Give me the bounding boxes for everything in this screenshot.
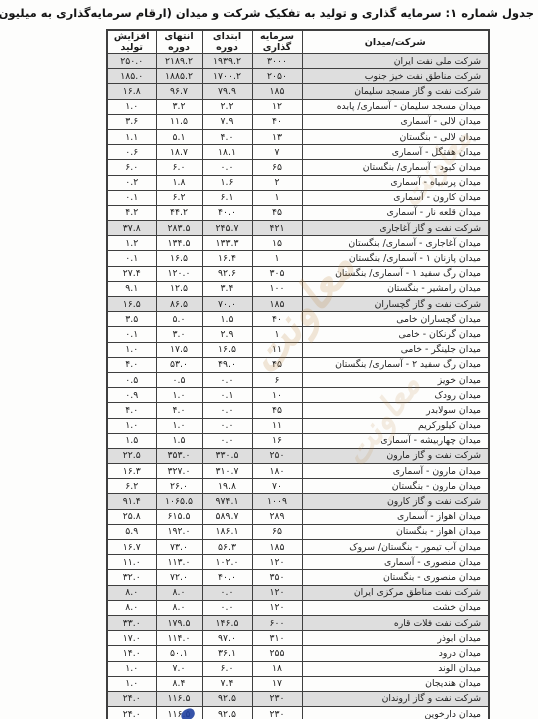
period-start-cell: ۱۶.۴	[202, 251, 252, 266]
period-start-cell: ۱۴۶.۵	[202, 615, 252, 630]
field-row: میدان کارون - آسماری۱۶.۱۶.۲۰.۱	[107, 190, 489, 205]
name-cell: میدان اهواز - بنگستان	[302, 524, 489, 539]
investment-cell: ۱۰۰۹	[252, 494, 302, 509]
period-start-cell: ۹۲.۵	[202, 691, 252, 706]
period-end-cell: ۳۲۷.۰	[156, 464, 202, 479]
name-cell: میدان درود	[302, 646, 489, 661]
name-cell: میدان کیلورکریم	[302, 418, 489, 433]
company-row: شرکت نفت و گاز اروندان۲۳۰۹۲.۵۱۱۶.۵۲۴.۰	[107, 691, 489, 706]
field-row: میدان پازنان ۱ - آسماری/ بنگستان۱۱۶.۴۱۶.…	[107, 251, 489, 266]
name-cell: میدان الوند	[302, 661, 489, 676]
company-row: شرکت نفت و گاز کارون۱۰۰۹۹۷۴.۱۱۰۶۵.۵۹۱.۴	[107, 494, 489, 509]
period-end-cell: ۱۲.۵	[156, 281, 202, 296]
period-end-cell: ۶۱۵.۵	[156, 509, 202, 524]
production-increase-cell: ۲۴.۰	[107, 707, 156, 719]
investment-cell: ۱۸۵	[252, 540, 302, 555]
period-end-cell: ۲۶.۰	[156, 479, 202, 494]
production-increase-cell: ۱.۰	[107, 99, 156, 114]
period-start-cell: ۱۹.۸	[202, 479, 252, 494]
table-header-row: شرکت/میدان سرمایه گذاری ابتدای دوره انته…	[107, 30, 489, 54]
name-cell: شرکت نفت و گاز مسجد سلیمان	[302, 84, 489, 99]
company-row: شرکت نفت و گاز آغاجاری۴۲۱۲۴۵.۷۲۸۳.۵۳۷.۸	[107, 221, 489, 236]
period-start-cell: ۳.۴	[202, 281, 252, 296]
name-cell: میدان ابوذر	[302, 631, 489, 646]
company-row: شرکت نفت و گاز مارون۲۵۰۳۳۰.۵۳۵۳.۰۲۲.۵	[107, 448, 489, 463]
investment-production-table: شرکت/میدان سرمایه گذاری ابتدای دوره انته…	[106, 29, 490, 719]
period-start-cell: ۷.۹	[202, 114, 252, 129]
investment-cell: ۲۸۹	[252, 509, 302, 524]
production-increase-cell: ۲۴.۰	[107, 691, 156, 706]
field-row: میدان هندیجان۱۷۷.۴۸.۴۱.۰	[107, 676, 489, 691]
production-increase-cell: ۰.۱	[107, 251, 156, 266]
name-cell: میدان اهواز - آسماری	[302, 509, 489, 524]
period-end-cell: ۳.۰	[156, 327, 202, 342]
period-start-cell: ۰.۱	[202, 388, 252, 403]
period-end-cell: ۱.۰	[156, 388, 202, 403]
period-start-cell: ۰.۰	[202, 600, 252, 615]
period-end-cell: ۱.۵	[156, 433, 202, 448]
investment-cell: ۱۷	[252, 676, 302, 691]
period-start-cell: ۰.۰	[202, 433, 252, 448]
field-row: میدان مارون - آسماری۱۸۰۳۱۰.۷۳۲۷.۰۱۶.۳	[107, 464, 489, 479]
period-start-cell: ۹۷.۰	[202, 631, 252, 646]
name-cell: میدان هفتگل - آسماری	[302, 145, 489, 160]
period-end-cell: ۱۸۸۵.۲	[156, 69, 202, 84]
period-end-cell: ۶.۲	[156, 190, 202, 205]
field-row: میدان هفتگل - آسماری۷۱۸.۱۱۸.۷۰.۶	[107, 145, 489, 160]
period-start-cell: ۱۰۲.۰	[202, 555, 252, 570]
production-increase-cell: ۱.۲	[107, 236, 156, 251]
field-row: میدان لالی - آسماری۴۰۷.۹۱۱.۵۳.۶	[107, 114, 489, 129]
period-end-cell: ۱.۰	[156, 418, 202, 433]
period-end-cell: ۱۷.۵	[156, 342, 202, 357]
investment-cell: ۳۰۰۰	[252, 54, 302, 69]
period-start-cell: ۰.۰	[202, 372, 252, 387]
table-body: شرکت ملی نفت ایران۳۰۰۰۱۹۳۹.۲۲۱۸۹.۲۲۵۰.۰ش…	[107, 54, 489, 719]
field-row: میدان رودک۱۰۰.۱۱.۰۰.۹	[107, 388, 489, 403]
field-row: میدان گرنکان - خامی۱۲.۹۳.۰۰.۱	[107, 327, 489, 342]
period-end-cell: ۳.۲	[156, 99, 202, 114]
period-start-cell: ۳۱۰.۷	[202, 464, 252, 479]
period-end-cell: ۷.۰	[156, 661, 202, 676]
production-increase-cell: ۰.۹	[107, 388, 156, 403]
page-title: جدول شماره ۱: سرمایه گذاری و تولید به تف…	[2, 6, 534, 20]
name-cell: شرکت مناطق نفت خیز جنوب	[302, 69, 489, 84]
period-start-cell: ۵۸۹.۷	[202, 509, 252, 524]
name-cell: میدان مارون - آسماری	[302, 464, 489, 479]
scanned-document-page: جدول شماره ۱: سرمایه گذاری و تولید به تف…	[0, 0, 538, 719]
period-start-cell: ۰.۰	[202, 403, 252, 418]
investment-cell: ۲	[252, 175, 302, 190]
investment-cell: ۶	[252, 372, 302, 387]
investment-cell: ۴۵	[252, 205, 302, 220]
column-header-period-end: انتهای دوره	[156, 30, 202, 54]
name-cell: میدان گرنکان - خامی	[302, 327, 489, 342]
name-cell: میدان پازنان ۱ - آسماری/ بنگستان	[302, 251, 489, 266]
investment-cell: ۱۳	[252, 129, 302, 144]
field-row: میدان اهواز - بنگستان۶۵۱۸۶.۱۱۹۲.۰۵.۹	[107, 524, 489, 539]
investment-cell: ۲۵۵	[252, 646, 302, 661]
period-start-cell: ۳۶.۱	[202, 646, 252, 661]
period-start-cell: ۹۷۴.۱	[202, 494, 252, 509]
field-row: میدان آب تیمور - بنگستان/ سروک۱۸۵۵۶.۳۷۳.…	[107, 540, 489, 555]
company-row: شرکت نفت فلات قاره۶۰۰۱۴۶.۵۱۷۹.۵۳۳.۰	[107, 615, 489, 630]
period-end-cell: ۳۵۳.۰	[156, 448, 202, 463]
period-start-cell: ۱۹۳۹.۲	[202, 54, 252, 69]
name-cell: میدان پرسیاه - آسماری	[302, 175, 489, 190]
production-increase-cell: ۱.۰	[107, 418, 156, 433]
name-cell: میدان رودک	[302, 388, 489, 403]
investment-cell: ۲۵۰	[252, 448, 302, 463]
name-cell: میدان مسجد سلیمان - آسماری/ پابده	[302, 99, 489, 114]
investment-cell: ۷	[252, 145, 302, 160]
period-start-cell: ۱۸.۱	[202, 145, 252, 160]
name-cell: میدان مارون - بنگستان	[302, 479, 489, 494]
period-end-cell: ۸.۰	[156, 585, 202, 600]
name-cell: میدان چهاربیشه - آسماری	[302, 433, 489, 448]
investment-cell: ۱۵	[252, 236, 302, 251]
period-end-cell: ۵.۰	[156, 312, 202, 327]
investment-cell: ۱۸	[252, 661, 302, 676]
investment-cell: ۱۲	[252, 99, 302, 114]
production-increase-cell: ۱.۰	[107, 676, 156, 691]
period-start-cell: ۶.۱	[202, 190, 252, 205]
investment-cell: ۲۰۵۰	[252, 69, 302, 84]
investment-cell: ۱	[252, 327, 302, 342]
field-row: میدان پرسیاه - آسماری۲۱.۶۱.۸۰.۲	[107, 175, 489, 190]
production-increase-cell: ۲۷.۴	[107, 266, 156, 281]
production-increase-cell: ۴.۲	[107, 205, 156, 220]
investment-cell: ۱۰۰	[252, 281, 302, 296]
investment-cell: ۴۲۱	[252, 221, 302, 236]
field-row: میدان سولابدر۴۵۰.۰۴.۰۴.۰	[107, 403, 489, 418]
period-start-cell: ۵۶.۳	[202, 540, 252, 555]
field-row: میدان آغاجاری - آسماری/ بنگستان۱۵۱۳۳.۳۱۳…	[107, 236, 489, 251]
period-end-cell: ۹۶.۷	[156, 84, 202, 99]
name-cell: میدان رامشیر - بنگستان	[302, 281, 489, 296]
period-start-cell: ۰.۰	[202, 160, 252, 175]
period-start-cell: ۴۰.۰	[202, 570, 252, 585]
name-cell: میدان خشت	[302, 600, 489, 615]
field-row: میدان لالی - بنگستان۱۳۴.۰۵.۱۱.۱	[107, 129, 489, 144]
period-end-cell: ۴.۰	[156, 403, 202, 418]
production-increase-cell: ۸.۰	[107, 600, 156, 615]
investment-cell: ۶۵	[252, 524, 302, 539]
period-end-cell: ۸.۴	[156, 676, 202, 691]
period-start-cell: ۱.۶	[202, 175, 252, 190]
period-end-cell: ۱۷۹.۵	[156, 615, 202, 630]
period-end-cell: ۷۳.۰	[156, 540, 202, 555]
investment-cell: ۱۸۵	[252, 297, 302, 312]
period-end-cell: ۶.۰	[156, 160, 202, 175]
field-row: میدان درود۲۵۵۳۶.۱۵۰.۱۱۴.۰	[107, 646, 489, 661]
period-start-cell: ۴.۰	[202, 129, 252, 144]
period-end-cell: ۱۸.۷	[156, 145, 202, 160]
investment-cell: ۱۸۰	[252, 464, 302, 479]
field-row: میدان رگ سفید ۱ - آسماری/ بنگستان۳۰۵۹۲.۶…	[107, 266, 489, 281]
production-increase-cell: ۱۱.۰	[107, 555, 156, 570]
field-row: میدان مسجد سلیمان - آسماری/ پابده۱۲۲.۲۳.…	[107, 99, 489, 114]
investment-cell: ۴۵	[252, 403, 302, 418]
field-row: میدان چهاربیشه - آسماری۱۶۰.۰۱.۵۱.۵	[107, 433, 489, 448]
investment-cell: ۴۰	[252, 114, 302, 129]
production-increase-cell: ۳.۵	[107, 312, 156, 327]
production-increase-cell: ۳۷.۸	[107, 221, 156, 236]
period-end-cell: ۱۱۶.۵	[156, 707, 202, 719]
field-row: میدان کیلورکریم۱۱۰.۰۱.۰۱.۰	[107, 418, 489, 433]
production-increase-cell: ۶.۲	[107, 479, 156, 494]
period-end-cell: ۱۱.۵	[156, 114, 202, 129]
period-start-cell: ۱۸۶.۱	[202, 524, 252, 539]
period-start-cell: ۰.۰	[202, 585, 252, 600]
period-end-cell: ۱۶.۵	[156, 251, 202, 266]
production-increase-cell: ۹.۱	[107, 281, 156, 296]
production-increase-cell: ۲۵۰.۰	[107, 54, 156, 69]
company-row: شرکت نفت و گاز گچساران۱۸۵۷۰.۰۸۶.۵۱۶.۵	[107, 297, 489, 312]
production-increase-cell: ۴.۰	[107, 403, 156, 418]
name-cell: شرکت نفت مناطق مرکزی ایران	[302, 585, 489, 600]
field-row: میدان قلعه نار - آسماری۴۵۴۰.۰۴۴.۲۴.۲	[107, 205, 489, 220]
production-increase-cell: ۲۲.۵	[107, 448, 156, 463]
name-cell: میدان منصوری - بنگستان	[302, 570, 489, 585]
field-row: میدان ابوذر۳۱۰۹۷.۰۱۱۴.۰۱۷.۰	[107, 631, 489, 646]
period-start-cell: ۷۰.۰	[202, 297, 252, 312]
period-end-cell: ۵۰.۱	[156, 646, 202, 661]
column-header-company-field: شرکت/میدان	[302, 30, 489, 54]
name-cell: شرکت نفت و گاز کارون	[302, 494, 489, 509]
production-increase-cell: ۳.۶	[107, 114, 156, 129]
production-increase-cell: ۰.۵	[107, 372, 156, 387]
field-row: میدان منصوری - بنگستان۳۵۰۴۰.۰۷۲.۰۳۲.۰	[107, 570, 489, 585]
name-cell: میدان لالی - بنگستان	[302, 129, 489, 144]
period-end-cell: ۲۸۳.۵	[156, 221, 202, 236]
column-header-investment: سرمایه گذاری	[252, 30, 302, 54]
name-cell: شرکت ملی نفت ایران	[302, 54, 489, 69]
name-cell: شرکت نفت و گاز آغاجاری	[302, 221, 489, 236]
name-cell: میدان منصوری - آسماری	[302, 555, 489, 570]
period-start-cell: ۲.۹	[202, 327, 252, 342]
production-increase-cell: ۱۶.۳	[107, 464, 156, 479]
period-end-cell: ۱۰۶۵.۵	[156, 494, 202, 509]
production-increase-cell: ۱۶.۵	[107, 297, 156, 312]
period-end-cell: ۱۹۲.۰	[156, 524, 202, 539]
name-cell: میدان رگ سفید ۱ - آسماری/ بنگستان	[302, 266, 489, 281]
field-row: میدان گچساران خامی۴۰۱.۵۵.۰۳.۵	[107, 312, 489, 327]
production-increase-cell: ۱۶.۸	[107, 84, 156, 99]
investment-cell: ۱	[252, 251, 302, 266]
period-start-cell: ۷۹.۹	[202, 84, 252, 99]
name-cell: شرکت نفت و گاز اروندان	[302, 691, 489, 706]
period-start-cell: ۲۴۵.۷	[202, 221, 252, 236]
investment-cell: ۴۰	[252, 312, 302, 327]
period-start-cell: ۷.۴	[202, 676, 252, 691]
investment-cell: ۳۱۰	[252, 631, 302, 646]
investment-cell: ۴۵	[252, 357, 302, 372]
name-cell: میدان آغاجاری - آسماری/ بنگستان	[302, 236, 489, 251]
period-end-cell: ۸.۰	[156, 600, 202, 615]
period-end-cell: ۵۳.۰	[156, 357, 202, 372]
investment-cell: ۶۵	[252, 160, 302, 175]
name-cell: میدان آب تیمور - بنگستان/ سروک	[302, 540, 489, 555]
period-start-cell: ۲.۲	[202, 99, 252, 114]
period-end-cell: ۱۳۴.۵	[156, 236, 202, 251]
name-cell: شرکت نفت و گاز گچساران	[302, 297, 489, 312]
production-increase-cell: ۱.۱	[107, 129, 156, 144]
name-cell: میدان گچساران خامی	[302, 312, 489, 327]
production-increase-cell: ۳۲.۰	[107, 570, 156, 585]
field-row: میدان اهواز - آسماری۲۸۹۵۸۹.۷۶۱۵.۵۲۵.۸	[107, 509, 489, 524]
investment-cell: ۱	[252, 190, 302, 205]
production-increase-cell: ۰.۶	[107, 145, 156, 160]
production-increase-cell: ۵.۹	[107, 524, 156, 539]
company-row: شرکت ملی نفت ایران۳۰۰۰۱۹۳۹.۲۲۱۸۹.۲۲۵۰.۰	[107, 54, 489, 69]
period-end-cell: ۱۱۴.۰	[156, 631, 202, 646]
investment-cell: ۱۲۰	[252, 585, 302, 600]
investment-cell: ۲۳۰	[252, 691, 302, 706]
name-cell: میدان خویز	[302, 372, 489, 387]
production-increase-cell: ۳۳.۰	[107, 615, 156, 630]
production-increase-cell: ۴.۰	[107, 357, 156, 372]
period-start-cell: ۱.۵	[202, 312, 252, 327]
field-row: میدان مارون - بنگستان۷۰۱۹.۸۲۶.۰۶.۲	[107, 479, 489, 494]
name-cell: میدان رگ سفید ۲ - آسماری/ بنگستان	[302, 357, 489, 372]
company-row: شرکت نفت و گاز مسجد سلیمان۱۸۵۷۹.۹۹۶.۷۱۶.…	[107, 84, 489, 99]
field-row: میدان رامشیر - بنگستان۱۰۰۳.۴۱۲.۵۹.۱	[107, 281, 489, 296]
investment-cell: ۱۶	[252, 433, 302, 448]
field-row: میدان جلینگر - خامی۱۱۱۶.۵۱۷.۵۱.۰	[107, 342, 489, 357]
investment-cell: ۱۱	[252, 342, 302, 357]
production-increase-cell: ۶.۰	[107, 160, 156, 175]
period-start-cell: ۱۳۳.۳	[202, 236, 252, 251]
company-row: شرکت مناطق نفت خیز جنوب۲۰۵۰۱۷۰۰.۲۱۸۸۵.۲۱…	[107, 69, 489, 84]
investment-cell: ۶۰۰	[252, 615, 302, 630]
production-increase-cell: ۹۱.۴	[107, 494, 156, 509]
name-cell: شرکت نفت فلات قاره	[302, 615, 489, 630]
field-row: میدان خویز۶۰.۰۰.۵۰.۵	[107, 372, 489, 387]
name-cell: میدان جلینگر - خامی	[302, 342, 489, 357]
investment-cell: ۳۵۰	[252, 570, 302, 585]
investment-cell: ۱۸۵	[252, 84, 302, 99]
field-row: میدان دارخوین۲۳۰۹۲.۵۱۱۶.۵۲۴.۰	[107, 707, 489, 719]
period-start-cell: ۹۲.۶	[202, 266, 252, 281]
name-cell: میدان سولابدر	[302, 403, 489, 418]
field-row: میدان کبود - آسماری/ بنگستان۶۵۰.۰۶.۰۶.۰	[107, 160, 489, 175]
production-increase-cell: ۱۴.۰	[107, 646, 156, 661]
name-cell: میدان کارون - آسماری	[302, 190, 489, 205]
field-row: میدان منصوری - آسماری۱۲۰۱۰۲.۰۱۱۳.۰۱۱.۰	[107, 555, 489, 570]
name-cell: میدان قلعه نار - آسماری	[302, 205, 489, 220]
period-end-cell: ۰.۵	[156, 372, 202, 387]
production-increase-cell: ۸.۰	[107, 585, 156, 600]
period-end-cell: ۴۴.۲	[156, 205, 202, 220]
period-start-cell: ۴۰.۰	[202, 205, 252, 220]
period-end-cell: ۸۶.۵	[156, 297, 202, 312]
period-start-cell: ۰.۰	[202, 418, 252, 433]
production-increase-cell: ۱۷.۰	[107, 631, 156, 646]
production-increase-cell: ۰.۲	[107, 175, 156, 190]
period-end-cell: ۵.۱	[156, 129, 202, 144]
field-row: میدان الوند۱۸۶.۰۷.۰۱.۰	[107, 661, 489, 676]
name-cell: میدان دارخوین	[302, 707, 489, 719]
investment-cell: ۱۱	[252, 418, 302, 433]
investment-cell: ۲۳۰	[252, 707, 302, 719]
name-cell: شرکت نفت و گاز مارون	[302, 448, 489, 463]
period-end-cell: ۷۲.۰	[156, 570, 202, 585]
period-start-cell: ۱۶.۵	[202, 342, 252, 357]
company-row: شرکت نفت مناطق مرکزی ایران۱۲۰۰.۰۸.۰۸.۰	[107, 585, 489, 600]
field-row: میدان خشت۱۲۰۰.۰۸.۰۸.۰	[107, 600, 489, 615]
column-header-period-start: ابتدای دوره	[202, 30, 252, 54]
column-header-production-increase: افزایش تولید	[107, 30, 156, 54]
period-end-cell: ۱.۸	[156, 175, 202, 190]
production-increase-cell: ۱۶.۷	[107, 540, 156, 555]
production-increase-cell: ۲۵.۸	[107, 509, 156, 524]
name-cell: میدان لالی - آسماری	[302, 114, 489, 129]
period-start-cell: ۴۹.۰	[202, 357, 252, 372]
investment-cell: ۳۰۵	[252, 266, 302, 281]
production-increase-cell: ۰.۱	[107, 327, 156, 342]
period-start-cell: ۶.۰	[202, 661, 252, 676]
investment-cell: ۱۲۰	[252, 555, 302, 570]
production-increase-cell: ۱.۵	[107, 433, 156, 448]
production-increase-cell: ۰.۱	[107, 190, 156, 205]
period-start-cell: ۳۳۰.۵	[202, 448, 252, 463]
production-increase-cell: ۱.۰	[107, 661, 156, 676]
production-increase-cell: ۱.۰	[107, 342, 156, 357]
period-start-cell: ۹۲.۵	[202, 707, 252, 719]
period-end-cell: ۱۱۳.۰	[156, 555, 202, 570]
name-cell: میدان کبود - آسماری/ بنگستان	[302, 160, 489, 175]
period-end-cell: ۲۱۸۹.۲	[156, 54, 202, 69]
name-cell: میدان هندیجان	[302, 676, 489, 691]
field-row: میدان رگ سفید ۲ - آسماری/ بنگستان۴۵۴۹.۰۵…	[107, 357, 489, 372]
investment-cell: ۷۰	[252, 479, 302, 494]
period-start-cell: ۱۷۰۰.۲	[202, 69, 252, 84]
investment-cell: ۱۰	[252, 388, 302, 403]
production-increase-cell: ۱۸۵.۰	[107, 69, 156, 84]
period-end-cell: ۱۱۶.۵	[156, 691, 202, 706]
period-end-cell: ۱۲۰.۰	[156, 266, 202, 281]
investment-cell: ۱۲۰	[252, 600, 302, 615]
